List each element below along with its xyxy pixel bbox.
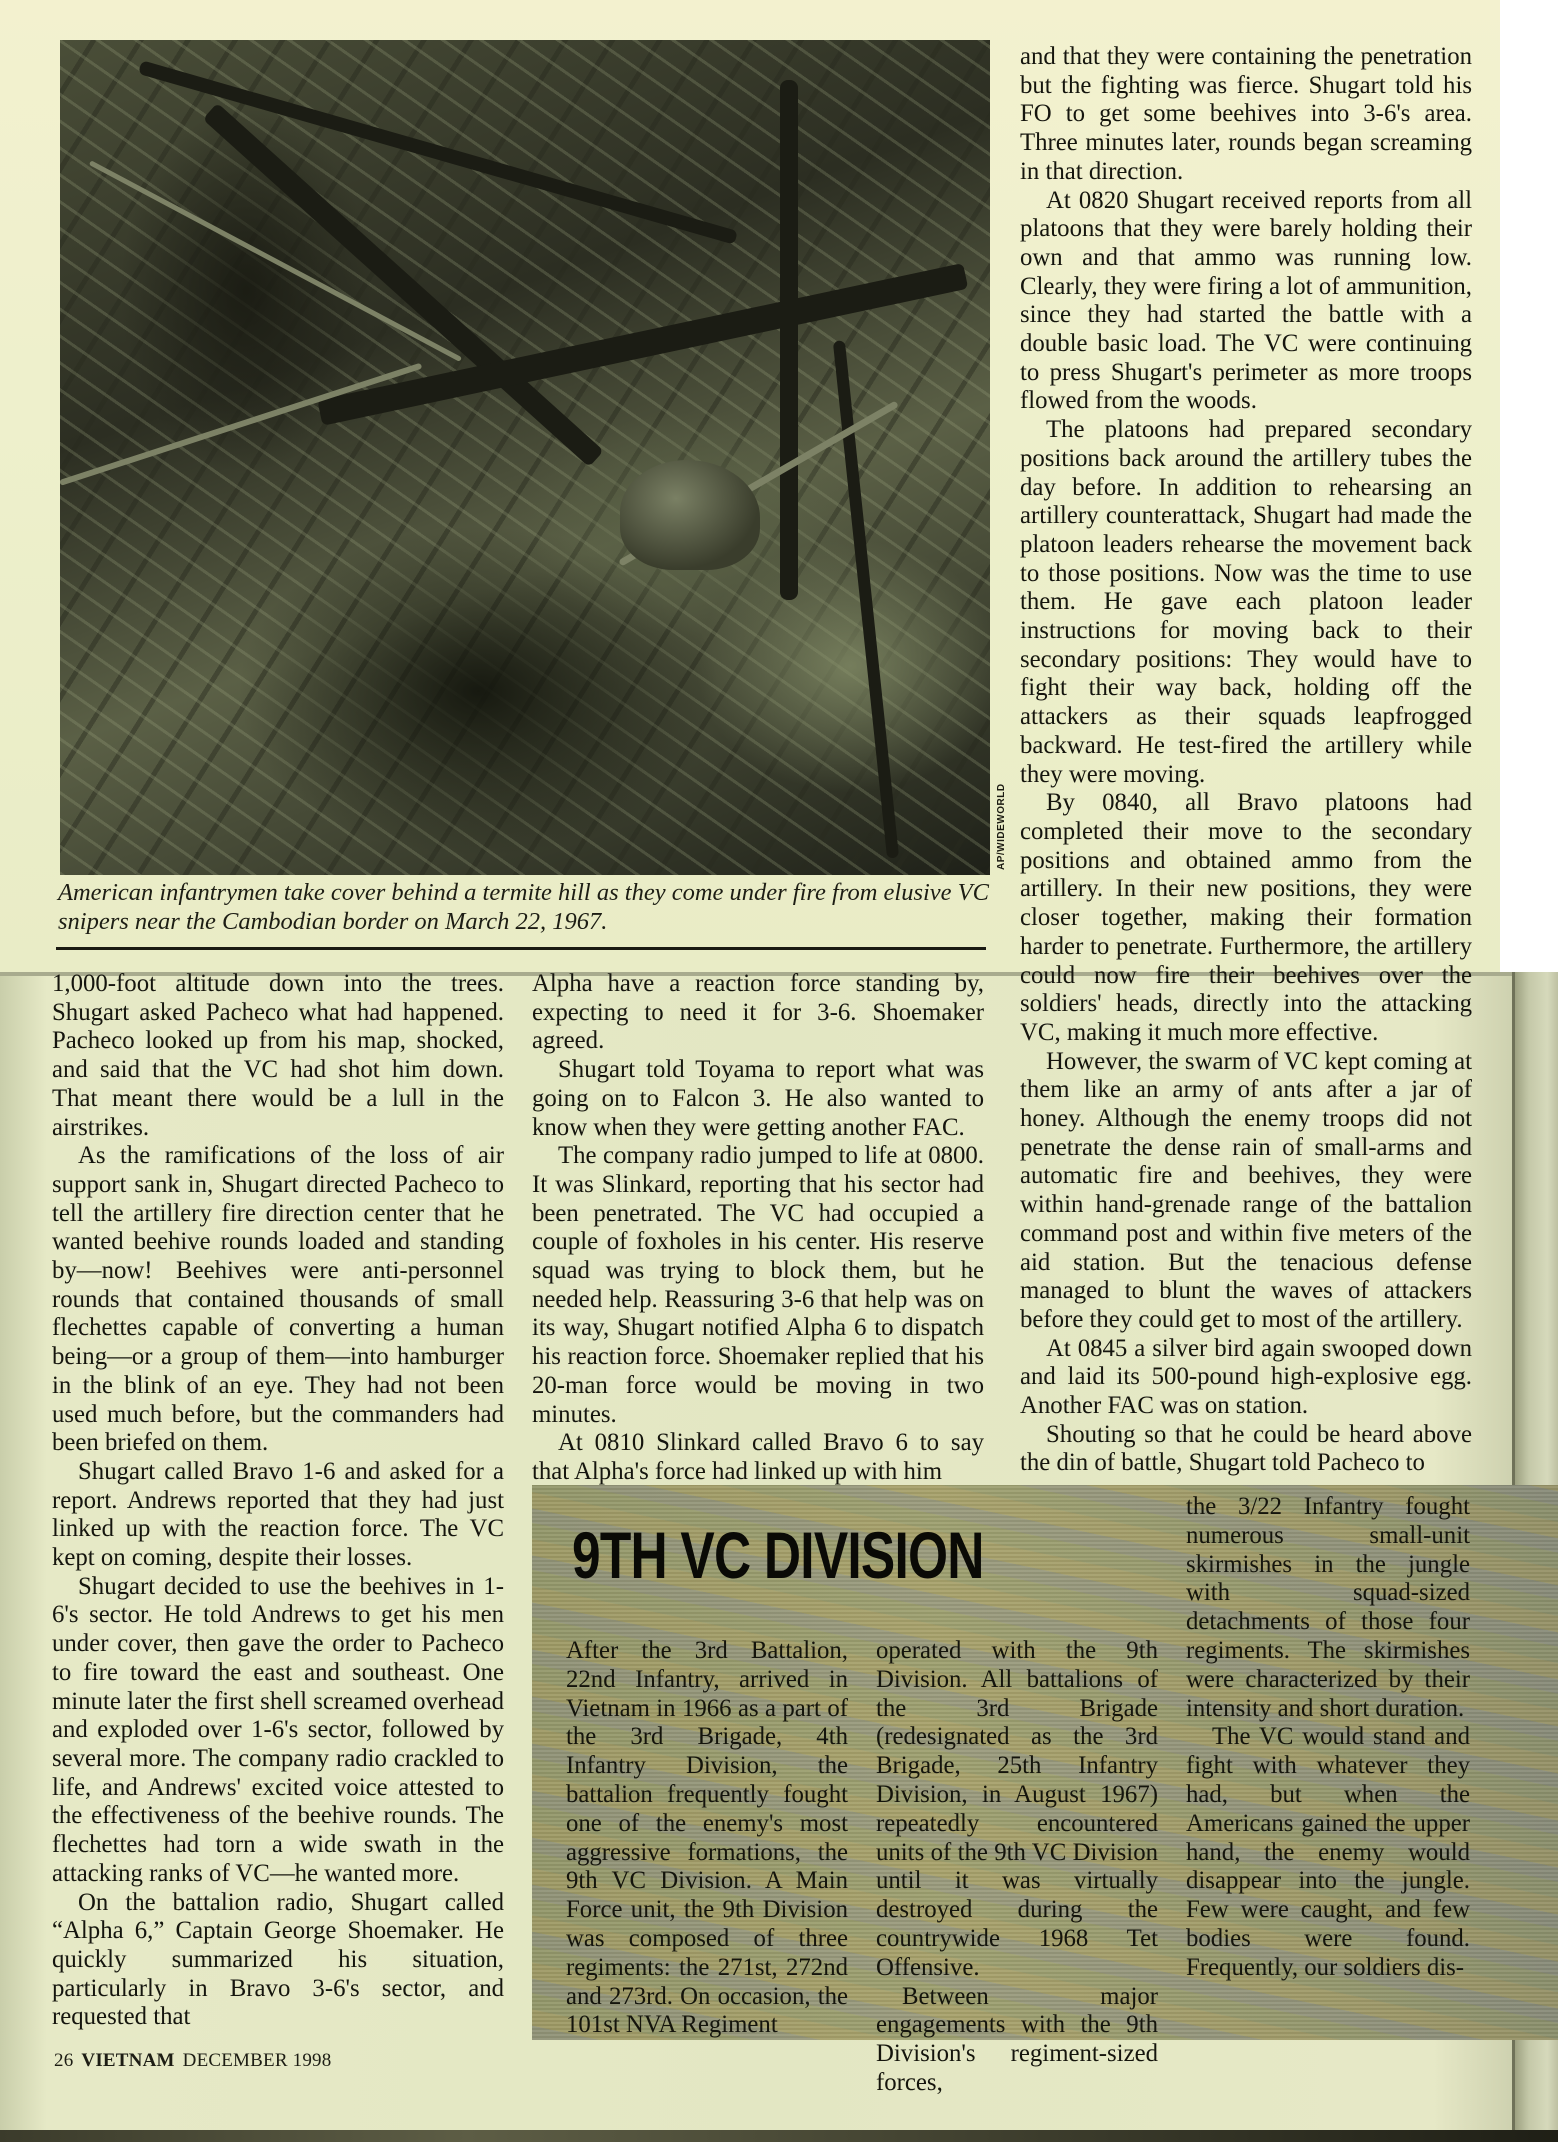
photo-soldier-helmet — [620, 460, 760, 570]
article-column-middle: Alpha have a reaction force standing by,… — [532, 970, 984, 1487]
paragraph: The VC would stand and fight with whatev… — [1186, 1723, 1470, 1982]
paragraph: and that they were containing the penetr… — [1020, 43, 1472, 187]
scan-bottom-edge — [0, 2130, 1558, 2142]
paragraph: As the ramifications of the loss of air … — [52, 1142, 504, 1458]
paragraph: The platoons had prepared secondary posi… — [1020, 416, 1472, 789]
photo-branch — [89, 160, 462, 362]
paragraph: Between major engagements with the 9th D… — [876, 1983, 1158, 2098]
photo-branch — [203, 103, 604, 467]
photo-tree-trunk — [780, 80, 798, 600]
caption-divider — [56, 947, 986, 950]
paragraph: Shugart called Bravo 1-6 and asked for a… — [52, 1458, 504, 1573]
article-photo — [60, 40, 990, 875]
sidebar-column-2: operated with the 9th Division. All batt… — [876, 1637, 1158, 2098]
paragraph: The company radio jumped to life at 0800… — [532, 1142, 984, 1429]
paragraph: On the battalion radio, Shugart called “… — [52, 1889, 504, 2033]
photo-caption: American infantrymen take cover behind a… — [58, 878, 998, 936]
photo-credit: AP/WIDEWORLD — [996, 770, 1010, 870]
paragraph: After the 3rd Battalion, 22nd Infantry, … — [566, 1637, 848, 2040]
photo-branch — [60, 363, 422, 486]
paragraph: Alpha have a reaction force standing by,… — [532, 970, 984, 1056]
page-folio: 26VIETNAMDECEMBER 1998 — [54, 2050, 331, 2072]
article-column-left: 1,000-foot altitude down into the trees.… — [52, 970, 504, 2032]
photo-branch — [138, 60, 738, 244]
paragraph: 1,000-foot altitude down into the trees.… — [52, 970, 504, 1142]
paragraph: At 0820 Shugart received reports from al… — [1020, 187, 1472, 417]
paragraph: operated with the 9th Division. All batt… — [876, 1637, 1158, 1983]
paragraph: At 0810 Slinkard called Bravo 6 to say t… — [532, 1429, 984, 1486]
paragraph: Shouting so that he could be heard above… — [1020, 1421, 1472, 1478]
paragraph: the 3/22 Infantry fought numerous small-… — [1186, 1493, 1470, 1723]
sidebar-column-1: After the 3rd Battalion, 22nd Infantry, … — [566, 1637, 848, 2040]
paragraph: However, the swarm of VC kept coming at … — [1020, 1048, 1472, 1335]
article-column-right: and that they were containing the penetr… — [1020, 43, 1472, 1478]
page-number: 26 — [54, 2050, 73, 2071]
magazine-name: VIETNAM — [81, 2050, 174, 2071]
sidebar-box: 9TH VC DIVISION After the 3rd Battalion,… — [532, 1485, 1558, 2040]
paragraph: Shugart decided to use the beehives in 1… — [52, 1573, 504, 1889]
sidebar-title: 9TH VC DIVISION — [572, 1519, 984, 1591]
issue-date: DECEMBER 1998 — [183, 2050, 332, 2071]
paragraph: By 0840, all Bravo platoons had complete… — [1020, 789, 1472, 1047]
paragraph: At 0845 a silver bird again swooped down… — [1020, 1335, 1472, 1421]
sidebar-column-3: the 3/22 Infantry fought numerous small-… — [1186, 1493, 1470, 1983]
paragraph: Shugart told Toyama to report what was g… — [532, 1056, 984, 1142]
